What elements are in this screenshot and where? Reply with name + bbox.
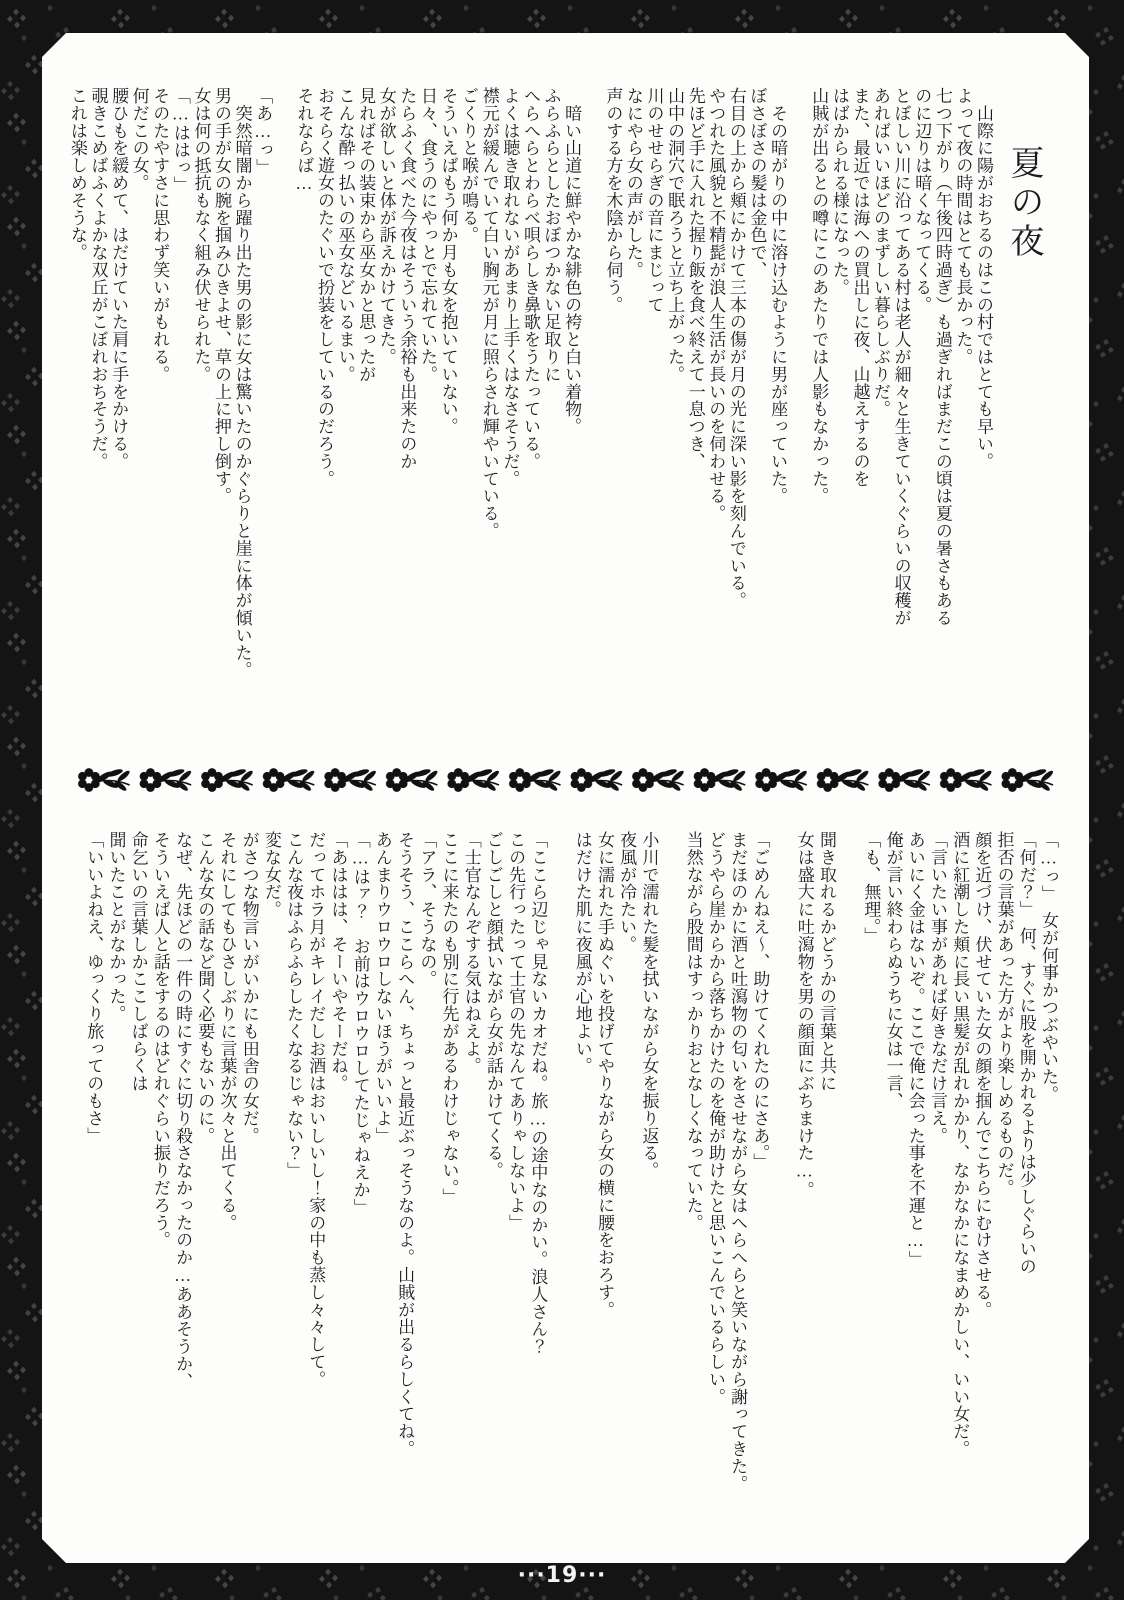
- text-column: また、最近では海への買出しに夜、山越えするのを: [849, 87, 870, 699]
- text-column: こんな夜はふらふらしたくなるじゃない？」: [282, 831, 304, 1527]
- text-column: 山賊が出るとの噂にこのあたりでは人影もなかった。: [808, 87, 829, 699]
- text-column: 「ここら辺じゃ見ないカオだね。旅…の途中なのかい。浪人さん？: [526, 831, 548, 1527]
- text-column: 覗きこめばふくよかな双丘がこぼれおちそうだ。: [87, 87, 108, 699]
- text-column: [581, 87, 602, 699]
- text-column: 俺が言い終わらぬうちに女は一言、: [881, 831, 903, 1527]
- text-column: 男の手が女の腕を掴みひきよせ、草の上に押し倒す。: [210, 87, 231, 699]
- text-column: その暗がりの中に溶け込むように男が座っていた。: [766, 87, 787, 699]
- text-column: [272, 87, 293, 699]
- text-column: ぼさぼさの髪は金色で、: [746, 87, 767, 699]
- text-column: ここに来たのも別に行先があるわけじゃない。」: [437, 831, 459, 1527]
- text-column: たらふく食べた今夜はそういう余裕も出来たのか: [396, 87, 417, 699]
- bottom-text-block: 「…っ」 女が何事かつぶやいた。「何だ？」 何、すぐに股を開かれるよりは少しぐら…: [82, 831, 1059, 1527]
- text-column: はだけた肌に夜風が心地よい。: [571, 831, 593, 1527]
- text-column: 七つ下がり（午後四時過ぎ）も過ぎればまだこの頃は夏の暑さもある: [931, 87, 952, 699]
- text-column: この先行ったって士官の先なんてありゃしないよ」: [504, 831, 526, 1527]
- text-column: 「何だ？」 何、すぐに股を開かれるよりは少しぐらいの: [1015, 831, 1037, 1527]
- text-column: あんまりウロウロしないほうがいいよ」: [371, 831, 393, 1527]
- text-column: 「いいよねえ、ゆっくり旅ってのもさ」: [82, 831, 104, 1527]
- text-column: 突然暗闇から躍り出た男の影に女は驚いたのかぐらりと崖に体が傾いた。: [231, 87, 252, 699]
- text-column: [787, 87, 808, 699]
- text-column: [548, 831, 570, 1527]
- text-column: なにやら女の声がした。: [622, 87, 643, 699]
- text-column: 腰ひもを緩めて、はだけていた肩に手をかける。: [107, 87, 128, 699]
- text-column: 山際に陽がおちるのはこの村ではとても早い。: [972, 87, 993, 699]
- paper-page: 夏の夜 山際に陽がおちるのはこの村ではとても早い。よって夜の時間はとても長かった…: [42, 33, 1089, 1563]
- text-column: ごしごしと顔拭いながら女が話かけてくる。: [482, 831, 504, 1527]
- text-column: そういえば人と話をするのはどれぐらい振りだろう。: [149, 831, 171, 1527]
- top-text-block: 山際に陽がおちるのはこの村ではとても早い。よって夜の時間はとても長かった。七つ下…: [66, 87, 993, 699]
- text-column: 「…ははっ」: [169, 87, 190, 699]
- text-column: 日々、食うのにやっとで忘れていた。: [416, 87, 437, 699]
- text-column: おそらく遊女のたぐいで扮装をしているのだろう。: [313, 87, 334, 699]
- text-column: 「も、無理。」: [859, 831, 881, 1527]
- text-column: 当然ながら股間はすっかりおとなしくなっていた。: [682, 831, 704, 1527]
- text-column: 右目の上から頬にかけて三本の傷が月の光に深い影を刻んでいる。: [725, 87, 746, 699]
- text-column: 「あ…っ」: [252, 87, 273, 699]
- story-title: 夏の夜: [999, 145, 1048, 305]
- text-column: そのたやすさに思わず笑いがもれる。: [149, 87, 170, 699]
- text-column: 酒に紅潮した頬に長い黒髪が乱れかかり、なかなかになまめかしい、いい女だ。: [948, 831, 970, 1527]
- text-column: こんな女の話など聞く必要もないのに。: [193, 831, 215, 1527]
- text-column: 顔を近づけ、伏せていた女の顔を掴んでこちらにむけさせる。: [970, 831, 992, 1527]
- text-column: ごくりと喉が鳴る。: [458, 87, 479, 699]
- text-column: こんな酔っ払いの巫女などいるまい。: [334, 87, 355, 699]
- text-column: なぜ、先ほどの一件の時にすぐに切り殺さなかったのか…ああそうか、: [171, 831, 193, 1527]
- text-column: 聞いたことがなかった。: [104, 831, 126, 1527]
- text-column: だってホラ月がキレイだしお酒はおいしいし！家の中も蒸し々々して。: [304, 831, 326, 1527]
- text-column: あいにく金はないぞ。ここで俺に会った事を不運と…」: [904, 831, 926, 1527]
- text-column: 見ればその装束から巫女かと思ったが: [355, 87, 376, 699]
- text-column: 暗い山道に鮮やかな緋色の袴と白い着物。: [561, 87, 582, 699]
- page-number: ···19···: [0, 1563, 1124, 1588]
- text-column: そうそう、ここらへん、ちょっと最近ぶっそうなのよ。山賊が出るらしくてね。: [393, 831, 415, 1527]
- text-column: やつれた風貌と不精髭が浪人生活が長いのを伺わせる。: [705, 87, 726, 699]
- page-background: { "page": { "title": "夏の夜", "page_number…: [0, 0, 1124, 1600]
- text-column: 「…はァ？ お前はウロウロしてたじゃねえか」: [349, 831, 371, 1527]
- text-column: 命乞いの言葉しかここしばらくは: [126, 831, 148, 1527]
- text-column: 川のせせらぎの音にまじって: [643, 87, 664, 699]
- text-column: ふらふらとしたおぼつかない足取りに: [540, 87, 561, 699]
- text-column: あればいいほどのまずしい暮らしぶりだ。: [869, 87, 890, 699]
- text-column: [837, 831, 859, 1527]
- text-column: 「言いたい事があれば好きなだけ言え。: [926, 831, 948, 1527]
- text-column: 女が欲しいと体が訴えかけてきた。: [375, 87, 396, 699]
- text-column: はばかられる様になった。: [828, 87, 849, 699]
- text-column: そういえばもう何か月も女を抱いていない。: [437, 87, 458, 699]
- text-column: 先ほど手に入れた握り飯を食べ終えて一息つき、: [684, 87, 705, 699]
- text-column: へらへらとわらべ唄らしき鼻歌をうたっている。: [519, 87, 540, 699]
- text-column: 「…っ」 女が何事かつぶやいた。: [1037, 831, 1059, 1527]
- text-column: よって夜の時間はとても長かった。: [952, 87, 973, 699]
- text-column: それにしてもひさしぶりに言葉が次々と出てくる。: [215, 831, 237, 1527]
- text-column: 夜風が冷たい。: [615, 831, 637, 1527]
- text-column: まだほのかに酒と吐瀉物の匂いをさせながら女はへらへらと笑いながら謝ってきた。: [726, 831, 748, 1527]
- text-column: 「ごめんねえ～、助けてくれたのにさあ。」: [748, 831, 770, 1527]
- text-column: 何だこの女。: [128, 87, 149, 699]
- text-column: どうやら崖からから落ちかけたのを俺が助けたと思いこんでいるらしい。: [704, 831, 726, 1527]
- text-column: 女に濡れた手ぬぐいを投げてやりながら女の横に腰をおろす。: [593, 831, 615, 1527]
- text-column: 小川で濡れた髪を拭いながら女を振り返る。: [637, 831, 659, 1527]
- text-column: それならば…: [293, 87, 314, 699]
- text-column: 声のする方を木陰から伺う。: [602, 87, 623, 699]
- text-column: [659, 831, 681, 1527]
- text-column: 聞き取れるかどうかの言葉と共に: [815, 831, 837, 1527]
- text-column: 「士官なんぞする気はねえよ。: [460, 831, 482, 1527]
- text-column: これは楽しめそうな。: [66, 87, 87, 699]
- text-column: 「あははは、そーいやそーだね。: [326, 831, 348, 1527]
- floral-divider-ornament: [74, 763, 1059, 795]
- text-column: 変な女だ。: [260, 831, 282, 1527]
- text-column: とぼしい川に沿ってある村は老人が細々と生きていくぐらいの収穫が: [890, 87, 911, 699]
- text-column: がさつな物言いがいかにも田舎の女だ。: [237, 831, 259, 1527]
- text-column: 拒否の言葉があった方がより楽しめるものだ。: [992, 831, 1014, 1527]
- text-column: よくは聴き取れないがあまり上手くはなさそうだ。: [499, 87, 520, 699]
- text-column: 「アラ、そうなの。: [415, 831, 437, 1527]
- text-column: 山中の洞穴で眠ろうと立ち上がった。: [664, 87, 685, 699]
- text-column: [770, 831, 792, 1527]
- text-column: 女は盛大に吐瀉物を男の顔面にぶちまけた…。: [793, 831, 815, 1527]
- text-column: のに辺りは暗くなってくる。: [911, 87, 932, 699]
- text-column: 女は何の抵抗もなく組み伏せられた。: [190, 87, 211, 699]
- text-column: 襟元が緩んでいて白い胸元が月に照らされ輝やいている。: [478, 87, 499, 699]
